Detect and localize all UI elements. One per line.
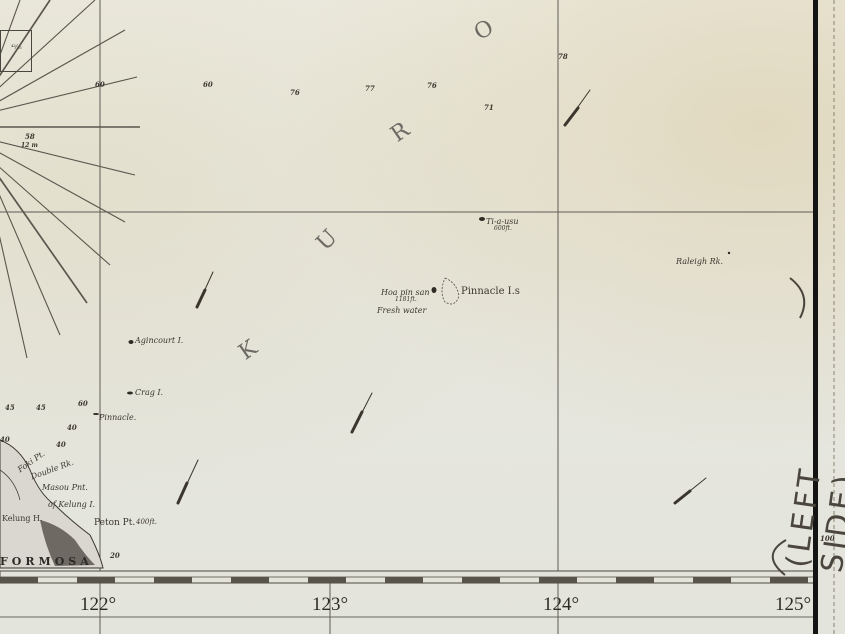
sounding: 40 [0, 436, 10, 443]
longitude-label-125: 125° [775, 594, 811, 616]
longitude-label-124: 124° [543, 594, 579, 616]
inset-text: ⁴²⁄₁₅ [11, 44, 22, 51]
sounding: 45 [36, 404, 46, 411]
chart-linework [0, 0, 845, 634]
sounding: 60 [78, 400, 88, 407]
sounding: 45 [5, 404, 15, 411]
current-arrow-icon [352, 393, 372, 432]
coast-label-masou: Masou Pnt. [42, 484, 88, 492]
handwritten-paren-close [790, 278, 804, 318]
island-label-raleigh: Raleigh Rk. [676, 258, 723, 266]
graticule [0, 0, 815, 634]
current-arrows [178, 90, 706, 503]
island-label-pinnacle-is: Pinnacle I.s [461, 287, 520, 297]
sounding: 78 [558, 53, 568, 60]
island-height-hoa-pin-san: 1181ft. [395, 297, 417, 303]
sounding: 20 [110, 552, 120, 559]
pinnacle-islands-outline [442, 278, 459, 304]
sounding: 76 [290, 89, 300, 96]
region-label-formosa: FORMOSA [0, 556, 93, 567]
longitude-label-123: 123° [312, 594, 348, 616]
sounding: 58 [25, 133, 35, 140]
island-label-agincourt: Agincourt I. [135, 337, 183, 345]
current-arrow-icon [565, 90, 590, 125]
sounding: 76 [427, 82, 437, 89]
sounding: 60 [95, 81, 105, 88]
sounding: 12 m [21, 143, 38, 149]
island-label-pinnacle: Pinnacle. [99, 414, 136, 422]
island-height-tiaoyu: 600ft. [494, 226, 512, 232]
current-arrow-icon [178, 460, 198, 503]
current-arrow-icon [675, 478, 706, 503]
sounding: 60 [203, 81, 213, 88]
coast-label-kelung-i: of Kelung I. [48, 501, 95, 509]
latitude-scale-bar [0, 571, 815, 617]
compass-inset-box: ⁴²⁄₁₅ [0, 30, 32, 72]
longitude-label-122: 122° [80, 594, 116, 616]
island-marks [93, 217, 730, 415]
sounding: 71 [484, 104, 494, 111]
coast-label-kelung-h: Kelung H. [2, 515, 43, 523]
coast-label-peton-height: 400ft. [136, 519, 157, 526]
sounding: 77 [365, 85, 375, 92]
sounding: 40 [67, 424, 77, 431]
current-arrow-icon [197, 272, 213, 307]
island-label-crag: Crag I. [135, 389, 163, 397]
sounding: 40 [56, 441, 66, 448]
island-note-fresh-water: Fresh water [377, 307, 426, 315]
coast-label-peton: Peton Pt. [94, 519, 135, 528]
